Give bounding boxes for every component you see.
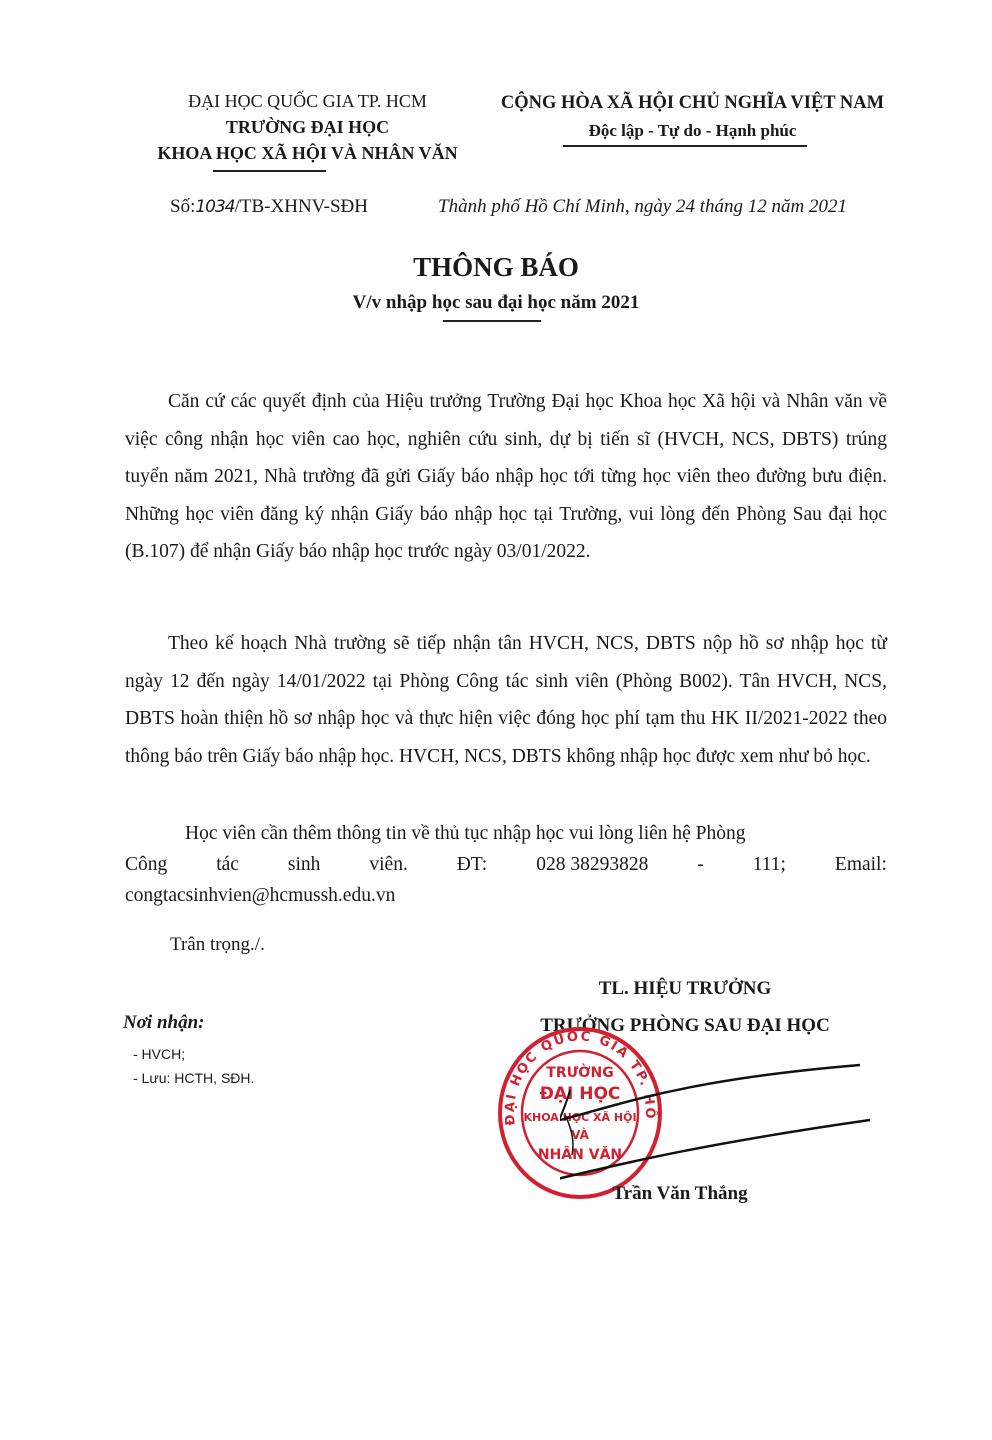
contact-word: Công	[125, 849, 167, 880]
place-date: Thành phố Hồ Chí Minh, ngày 24 tháng 12 …	[438, 196, 847, 218]
signer-name: Trần Văn Thắng	[560, 1183, 800, 1205]
issuing-organization: ĐẠI HỌC QUỐC GIA TP. HCM TRƯỜNG ĐẠI HỌC …	[120, 88, 495, 166]
doc-number-prefix: Số:	[170, 196, 195, 217]
body-paragraph-2: Theo kế hoạch Nhà trường sẽ tiếp nhận tâ…	[125, 625, 887, 775]
contact-line: Côngtácsinhviên.ĐT:028 38293828-111;Emai…	[125, 849, 887, 880]
signer-role-1: TL. HIỆU TRƯỞNG	[500, 978, 870, 1000]
recipient-item: - Lưu: HCTH, SĐH.	[133, 1066, 254, 1090]
contact-word: 111;	[753, 849, 786, 880]
body-paragraph-3: Học viên cần thêm thông tin về thủ tục n…	[125, 818, 887, 911]
subtitle-underline	[443, 320, 541, 322]
document-title: THÔNG BÁO	[0, 252, 992, 283]
contact-word: viên.	[369, 849, 407, 880]
contact-word: -	[697, 849, 704, 880]
recipients-title: Nơi nhận:	[123, 1012, 204, 1034]
contact-intro: Học viên cần thêm thông tin về thủ tục n…	[125, 818, 887, 849]
doc-number-handwritten: 1034	[195, 197, 234, 217]
contact-word: 028 38293828	[536, 849, 648, 880]
national-motto: CỘNG HÒA XÃ HỘI CHỦ NGHĨA VIỆT NAM Độc l…	[470, 90, 915, 144]
motto-underline	[563, 145, 807, 147]
motto: Độc lập - Tự do - Hạnh phúc	[470, 117, 915, 144]
contact-email[interactable]: congtacsinhvien@hcmussh.edu.vn	[125, 880, 887, 911]
org-line-2: TRƯỜNG ĐẠI HỌC	[120, 114, 495, 140]
doc-number-suffix: /TB-XHNV-SĐH	[235, 196, 368, 217]
contact-word: sinh	[288, 849, 321, 880]
document-subtitle: V/v nhập học sau đại học năm 2021	[0, 292, 992, 314]
document-number: Số:1034/TB-XHNV-SĐH	[170, 196, 368, 218]
org-underline	[213, 170, 326, 172]
recipient-item: - HVCH;	[133, 1042, 254, 1066]
org-line-3: KHOA HỌC XÃ HỘI VÀ NHÂN VĂN	[120, 140, 495, 166]
country-name: CỘNG HÒA XÃ HỘI CHỦ NGHĨA VIỆT NAM	[470, 90, 915, 117]
body-paragraph-1: Căn cứ các quyết định của Hiệu trưởng Tr…	[125, 383, 887, 571]
org-line-1: ĐẠI HỌC QUỐC GIA TP. HCM	[120, 88, 495, 114]
contact-word: Email:	[835, 849, 887, 880]
recipients-list: - HVCH; - Lưu: HCTH, SĐH.	[133, 1042, 254, 1090]
closing: Trân trọng./.	[170, 934, 265, 956]
contact-word: ĐT:	[457, 849, 487, 880]
contact-word: tác	[216, 849, 239, 880]
handwritten-signature-icon	[560, 1060, 870, 1190]
